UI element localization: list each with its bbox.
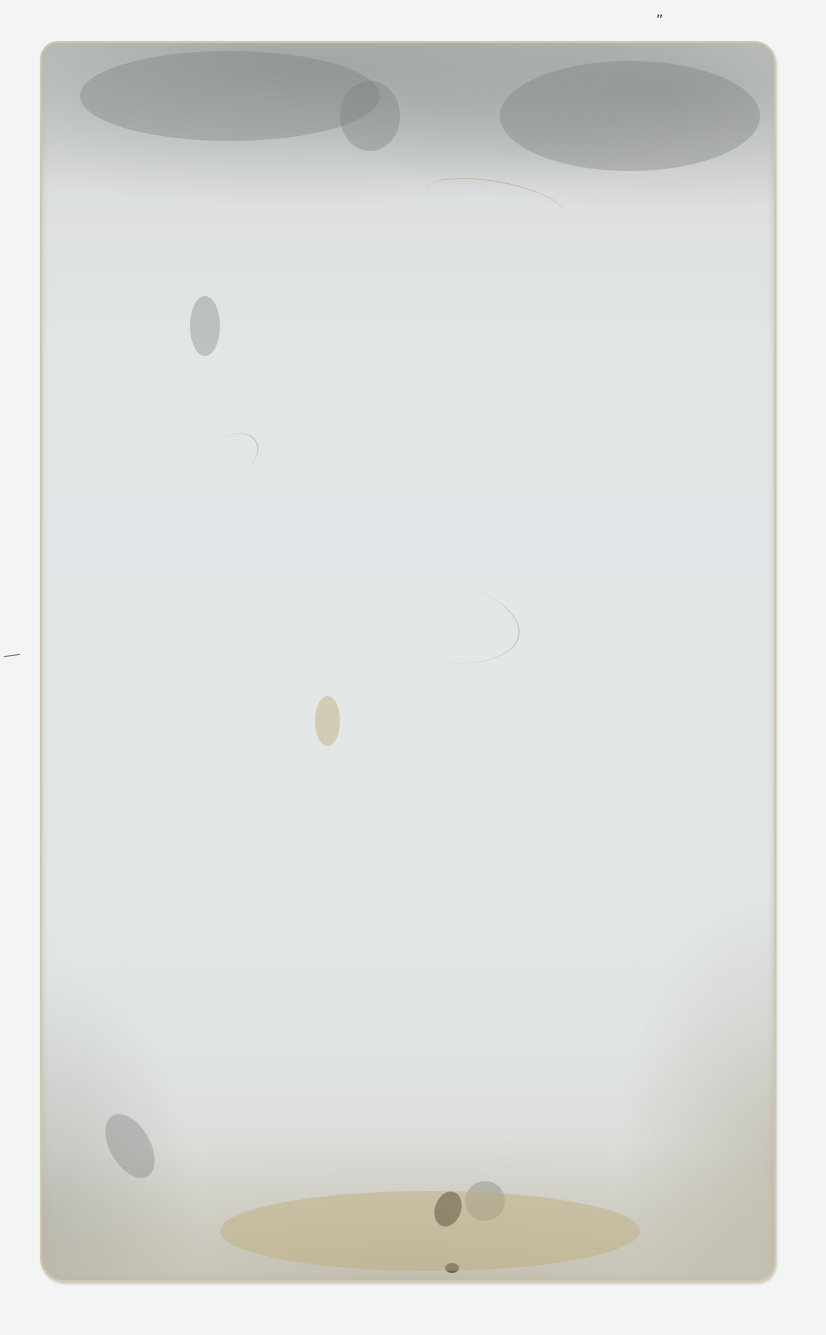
foxing-bottom <box>220 1191 640 1271</box>
grime-top-right <box>500 61 760 171</box>
stain-center <box>315 696 340 746</box>
scratch-top <box>423 169 568 234</box>
grime-top-center <box>340 81 400 151</box>
photo-card-back <box>40 41 776 1282</box>
smear-bottom-left <box>95 1106 165 1187</box>
scan-artifact-dash <box>4 654 20 657</box>
scanner-background: ” <box>0 0 826 1335</box>
grime-top-left <box>80 51 380 141</box>
smudge-left <box>190 296 220 356</box>
scratch-left <box>194 424 267 489</box>
scan-artifact-mark: ” <box>656 14 663 28</box>
scratch-arc <box>354 568 526 675</box>
